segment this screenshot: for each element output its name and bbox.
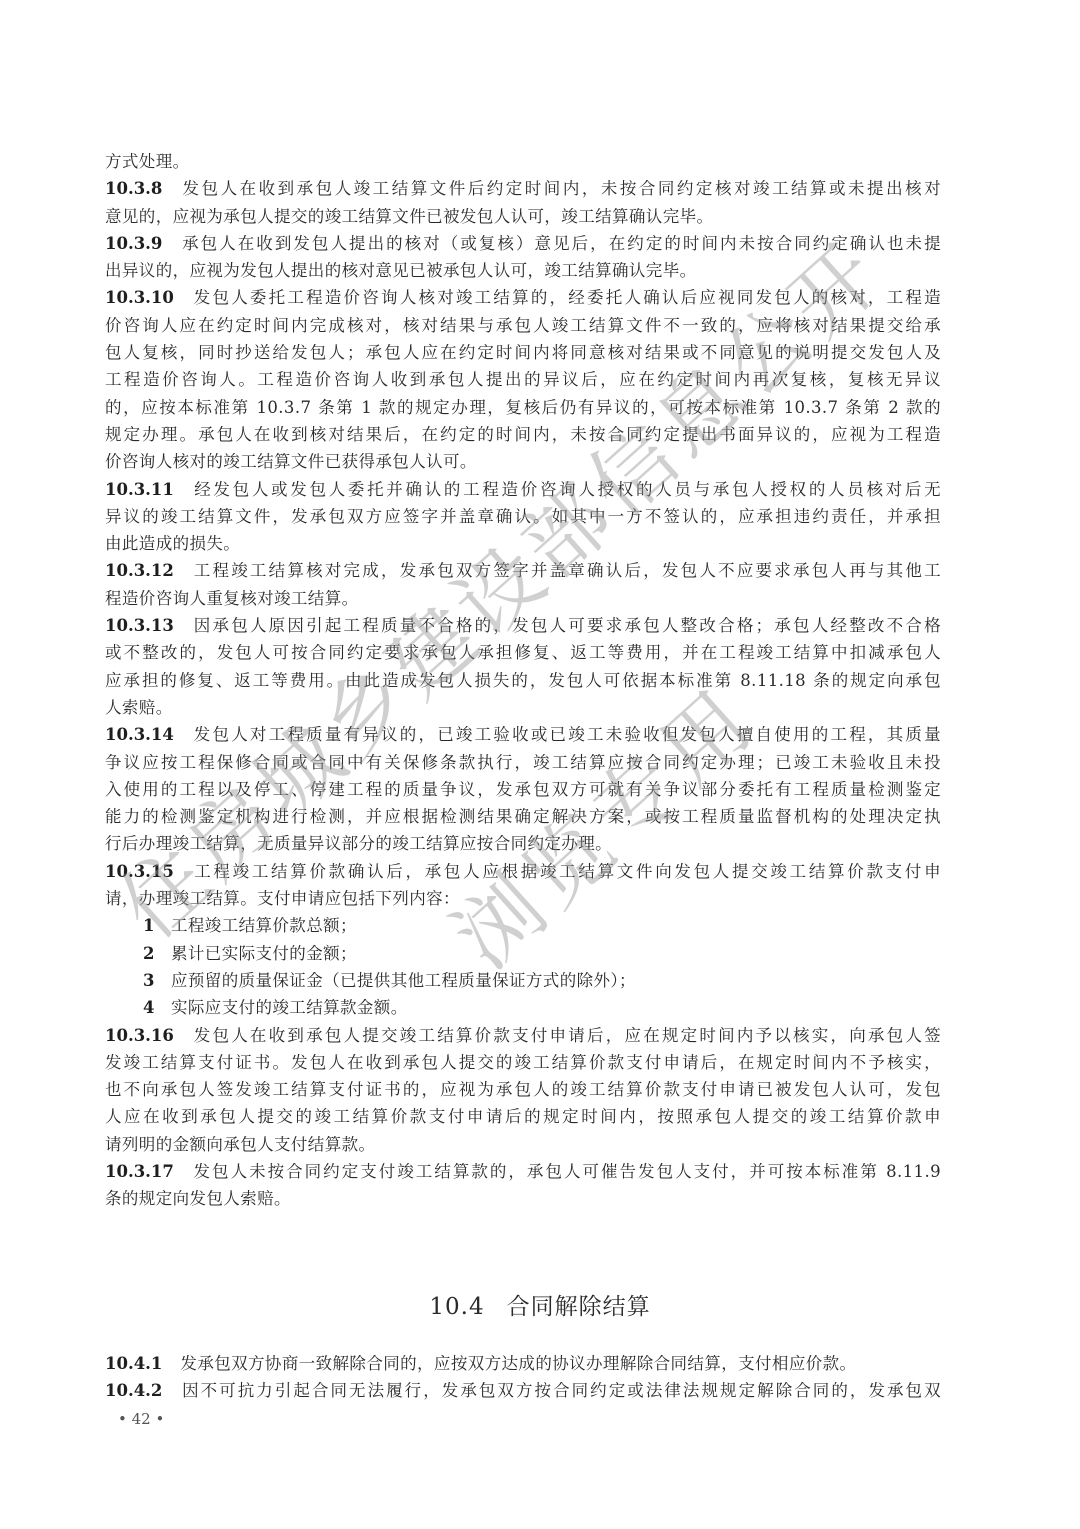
- list-item: 3应预留的质量保证金（已提供其他工程质量保证方式的除外）；: [105, 967, 941, 994]
- section-heading: 10.4合同解除结算: [0, 1288, 1080, 1321]
- clause-text: 出异议的，应视为发包人提出的核对意见已被承包人认可，竣工结算确认完毕。: [105, 257, 941, 284]
- clause-text: 意见的，应视为承包人提交的竣工结算文件已被发包人认可，竣工结算确认完毕。: [105, 203, 941, 230]
- clause-text: 发包人在收到承包人提交竣工结算价款支付申请后，应在规定时间内予以核实，向承包人签: [192, 1026, 941, 1045]
- clause-text: 人索赔。: [105, 694, 941, 721]
- clause-number: 10.4.1: [105, 1350, 162, 1377]
- list-item-text: 工程竣工结算价款总额；: [171, 916, 357, 935]
- clause-text: 规定办理。承包人在收到核对结果后，在约定的时间内，未按合同约定提出书面异议的，应…: [105, 421, 941, 448]
- clause-text: 价咨询人核对的竣工结算文件已获得承包人认可。: [105, 448, 941, 475]
- clause-text: 人应在收到承包人提交的竣工结算价款支付申请后的规定时间内，按照承包人提交的竣工结…: [105, 1103, 941, 1130]
- clause-10-3-12: 10.3.12工程竣工结算核对完成，发承包双方签字并盖章确认后，发包人不应要求承…: [105, 557, 941, 612]
- clause-text: 发包人委托工程造价咨询人核对竣工结算的，经委托人确认后应视同发包人的核对，工程造: [192, 288, 941, 307]
- clause-10-4-2: 10.4.2因不可抗力引起合同无法履行，发承包双方按合同约定或法律法规规定解除合…: [105, 1377, 941, 1404]
- clause-10-4-1: 10.4.1发承包双方协商一致解除合同的，应按双方达成的协议办理解除合同结算，支…: [105, 1350, 941, 1377]
- section-10-4-body: 10.4.1发承包双方协商一致解除合同的，应按双方达成的协议办理解除合同结算，支…: [105, 1350, 941, 1405]
- clause-text: 承包人在收到发包人提出的核对（或复核）意见后，在约定的时间内未按合同约定确认也未…: [180, 234, 941, 253]
- clause-text: 工程竣工结算核对完成，发承包双方签字并盖章确认后，发包人不应要求承包人再与其他工: [192, 561, 941, 580]
- list-item: 4实际应支付的竣工结算款金额。: [105, 994, 941, 1021]
- clause-text: 请，办理竣工结算。支付申请应包括下列内容：: [105, 885, 941, 912]
- clause-text: 工程造价咨询人。工程造价咨询人收到承包人提出的异议后，应在约定时间内再次复核，复…: [105, 366, 941, 393]
- clause-text: 程造价咨询人重复核对竣工结算。: [105, 585, 941, 612]
- list-item: 1工程竣工结算价款总额；: [105, 912, 941, 939]
- clause-number: 10.3.17: [105, 1158, 174, 1185]
- clause-number: 10.3.8: [105, 175, 162, 202]
- list-item: 2累计已实际支付的金额；: [105, 940, 941, 967]
- clause-10-3-15: 10.3.15工程竣工结算价款确认后，承包人应根据竣工结算文件向发包人提交竣工结…: [105, 858, 941, 1022]
- clause-text: 发竣工结算支付证书。发包人在收到承包人提交的竣工结算价款支付申请后，在规定时间内…: [105, 1049, 941, 1076]
- clause-text: 发包人未按合同约定支付竣工结算款的，承包人可催告发包人支付，并可按本标准第 8.…: [192, 1162, 941, 1181]
- clause-10-3-13: 10.3.13因承包人原因引起工程质量不合格的，发包人可要求承包人整改合格；承包…: [105, 612, 941, 721]
- clause-number: 10.3.15: [105, 858, 174, 885]
- clause-10-3-17: 10.3.17发包人未按合同约定支付竣工结算款的，承包人可催告发包人支付，并可按…: [105, 1158, 941, 1213]
- clause-text: 应承担的修复、返工等费用。由此造成发包人损失的，发包人可依据本标准第 8.11.…: [105, 667, 941, 694]
- clause-text: 请列明的金额向承包人支付结算款。: [105, 1131, 941, 1158]
- clause-number: 10.3.9: [105, 230, 162, 257]
- clause-10-3-10: 10.3.10发包人委托工程造价咨询人核对竣工结算的，经委托人确认后应视同发包人…: [105, 284, 941, 475]
- clause-number: 10.3.13: [105, 612, 174, 639]
- list-item-number: 3: [143, 967, 171, 994]
- clause-text: 行后办理竣工结算，无质量异议部分的竣工结算应按合同约定办理。: [105, 830, 941, 857]
- clause-text: 由此造成的损失。: [105, 530, 941, 557]
- clause-text: 价咨询人应在约定时间内完成核对，核对结果与承包人竣工结算文件不一致的，应将核对结…: [105, 312, 941, 339]
- clause-10-3-14: 10.3.14发包人对工程质量有异议的，已竣工验收或已竣工未验收但发包人擅自使用…: [105, 721, 941, 857]
- clause-text: 因承包人原因引起工程质量不合格的，发包人可要求承包人整改合格；承包人经整改不合格: [192, 616, 941, 635]
- clause-number: 10.3.12: [105, 557, 174, 584]
- clause-text: 经发包人或发包人委托并确认的工程造价咨询人授权的人员与承包人授权的人员核对后无: [192, 480, 941, 499]
- clause-text: 条的规定向发包人索赔。: [105, 1185, 941, 1212]
- list-item-text: 累计已实际支付的金额；: [171, 944, 357, 963]
- clause-text: 发承包双方协商一致解除合同的，应按双方达成的协议办理解除合同结算，支付相应价款。: [180, 1354, 856, 1373]
- clause-text: 工程竣工结算价款确认后，承包人应根据竣工结算文件向发包人提交竣工结算价款支付申: [192, 862, 941, 881]
- clause-number: 10.3.14: [105, 721, 174, 748]
- clause-text: 发包人对工程质量有异议的，已竣工验收或已竣工未验收但发包人擅自使用的工程，其质量: [192, 725, 941, 744]
- clause-number: 10.3.16: [105, 1022, 174, 1049]
- clause-10-3-16: 10.3.16发包人在收到承包人提交竣工结算价款支付申请后，应在规定时间内予以核…: [105, 1022, 941, 1158]
- clause-text: 能力的检测鉴定机构进行检测，并应根据检测结果确定解决方案，或按工程质量监督机构的…: [105, 803, 941, 830]
- clause-text: 争议应按工程保修合同或合同中有关保修条款执行，竣工结算应按合同约定办理；已竣工未…: [105, 749, 941, 776]
- list-item-number: 1: [143, 912, 171, 939]
- clause-text: 或不整改的，发包人可按合同约定要求承包人承担修复、返工等费用，并在工程竣工结算中…: [105, 639, 941, 666]
- clause-text: 入使用的工程以及停工、停建工程的质量争议，发承包双方可就有关争议部分委托有工程质…: [105, 776, 941, 803]
- clause-10-3-8: 10.3.8发包人在收到承包人竣工结算文件后约定时间内，未按合同约定核对竣工结算…: [105, 175, 941, 230]
- page-number: • 42 •: [118, 1410, 164, 1428]
- section-title-text: 合同解除结算: [507, 1294, 651, 1320]
- clause-number: 10.3.11: [105, 476, 174, 503]
- document-body: 方式处理。 10.3.8发包人在收到承包人竣工结算文件后约定时间内，未按合同约定…: [105, 148, 941, 1213]
- clause-text: 异议的竣工结算文件，发承包双方应签字并盖章确认。如其中一方不签认的，应承担违约责…: [105, 503, 941, 530]
- section-number: 10.4: [429, 1294, 484, 1320]
- list-item-text: 应预留的质量保证金（已提供其他工程质量保证方式的除外）；: [171, 971, 636, 990]
- list-item-text: 实际应支付的竣工结算款金额。: [171, 998, 408, 1017]
- clause-10-3-11: 10.3.11经发包人或发包人委托并确认的工程造价咨询人授权的人员与承包人授权的…: [105, 476, 941, 558]
- clause-number: 10.3.10: [105, 284, 174, 311]
- clause-text: 包人复核，同时抄送给发包人；承包人应在约定时间内将同意核对结果或不同意见的说明提…: [105, 339, 941, 366]
- clause-10-3-9: 10.3.9承包人在收到发包人提出的核对（或复核）意见后，在约定的时间内未按合同…: [105, 230, 941, 285]
- clause-text: 发包人在收到承包人竣工结算文件后约定时间内，未按合同约定核对竣工结算或未提出核对: [180, 179, 941, 198]
- continuation-text: 方式处理。: [105, 148, 941, 175]
- clause-text: 也不向承包人签发竣工结算支付证书的，应视为承包人的竣工结算价款支付申请已被发包人…: [105, 1076, 941, 1103]
- clause-number: 10.4.2: [105, 1377, 162, 1404]
- clause-text: 的，应按本标准第 10.3.7 条第 1 款的规定办理，复核后仍有异议的，可按本…: [105, 394, 941, 421]
- list-item-number: 2: [143, 940, 171, 967]
- list-item-number: 4: [143, 994, 171, 1021]
- clause-text: 因不可抗力引起合同无法履行，发承包双方按合同约定或法律法规规定解除合同的，发承包…: [180, 1381, 941, 1400]
